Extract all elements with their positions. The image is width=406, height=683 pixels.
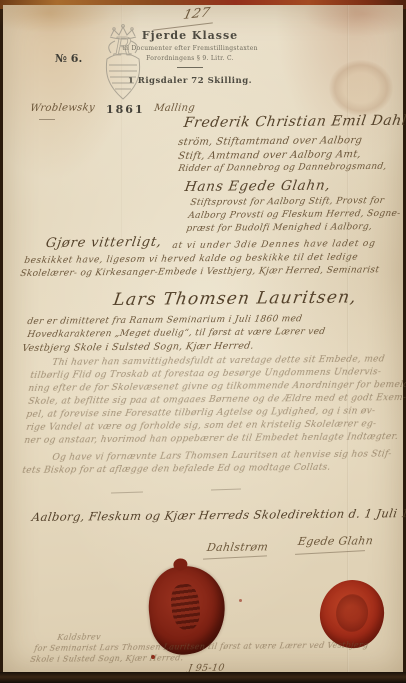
paper-stain [303,0,406,37]
stamp-year: 1861 [106,103,145,116]
handwritten-paraph: 127 [182,5,212,23]
proclamation-line: Skolelærer- og Kirkesanger-Embede i Vest… [20,265,380,279]
duties-line: ner og anstaar, hvorimod han oppebærer d… [24,432,399,446]
stamp-divider [177,67,203,68]
wax-seal-emblem [169,583,202,632]
signature-flourish [295,550,365,555]
dateline: Aalborg, Fleskum og Kjær Herreds Skoledi… [31,506,406,524]
flourish-mark [211,488,241,490]
proclamation-line: beskikket have, ligesom vi herved kalde … [24,253,359,266]
closing-line: tets Biskop for at aflægge den befalede … [22,463,332,476]
flourish-mark [39,119,55,120]
form-number-label: № 6. [55,52,82,65]
qualification-line: der er dimitteret fra Ranum Seminarium i… [27,314,303,327]
duties-line: ning efter de for Skolevæsenet givne og … [28,380,406,394]
official-name-line: Frederik Christian Emil Dahl- [183,113,406,131]
proclamation-lead: Gjøre vitterligt, [45,235,163,251]
qualification-line: Vestbjerg Skole i Sulsted Sogn, Kjær Her… [21,341,254,354]
flourish-mark [111,491,143,493]
proclamation-line: at vi under 3die Dennes have ladet og [172,239,377,251]
official-title-line: Ridder af Dannebrog og Dannebrogsmand, [178,162,388,174]
wax-seal-right [318,578,387,650]
official-title-line: ström, Stiftamtmand over Aalborg [177,135,363,148]
stamp-official-left: Wroblewsky [29,102,95,114]
official-title-line: Stift, Amtmand over Aalborg Amt, [177,149,361,162]
crest-monogram: R [113,33,132,61]
official-title-line: Aalborg Provsti og Fleskum Herred, Sogne… [188,209,402,221]
official-name-line: Hans Egede Glahn, [184,177,332,195]
wax-speck [239,599,242,602]
signature-dahlstrom: Dahlstrøm [206,540,269,554]
duties-line: Skole, at beflitte sig paa at omgaaes Bø… [28,393,406,407]
duties-line: pel, at forevise sine Foresatte tilbørli… [26,406,376,420]
docket-line: Skole i Sulsted Sogn, Kjær Herred. [30,653,185,664]
duties-line: rige Vandel at være og forholde sig, som… [26,419,377,433]
official-title-line: Stiftsprovst for Aalborg Stift, Provst f… [190,196,385,208]
wax-seal-drip [173,558,188,572]
wax-seal-emblem [335,593,370,633]
appointee-name: Lars Thomsen Lauritsen, [112,287,358,310]
duties-line: tilbørlig Flid og Troskab at forestaa og… [30,367,382,381]
document-paper: 127 Fjerde Klasse til Documenter efter F… [3,5,403,673]
official-title-line: præst for Budolfi Menighed i Aalborg, [186,222,373,234]
qualification-line: Hovedkarakteren „Meget duelig“, til førs… [27,327,326,340]
crest-icon: R [93,23,149,105]
photograph-background: 127 Fjerde Klasse til Documenter efter F… [0,0,406,683]
signature-glahn: Egede Glahn [297,534,374,548]
signature-flourish [203,555,267,559]
stamp-official-right: Malling [153,103,195,114]
docket-title: Kaldsbrev [57,633,102,642]
docket-line: for Seminarist Lars Thomsen Lauritsen ti… [34,641,369,653]
embossed-seal-icon [329,60,393,116]
closing-line: Og have vi fornævnte Lars Thomsen Laurit… [52,449,393,463]
duties-line: Thi haver han samvittighedsfuldt at vare… [52,355,386,368]
photo-bottom-edge [0,672,406,683]
